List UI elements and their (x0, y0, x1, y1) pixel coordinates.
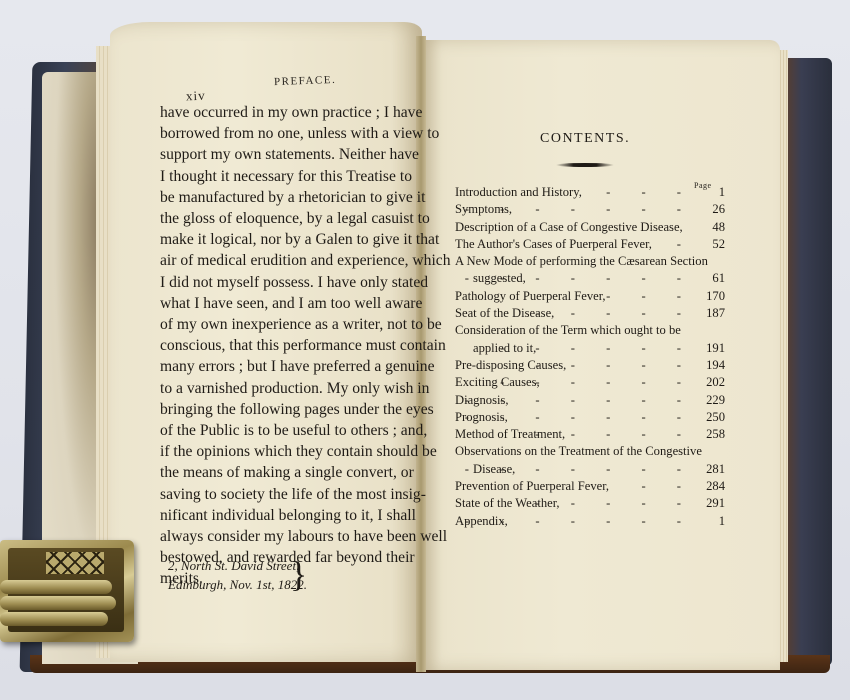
toc-entry: Seat of the Disease,- - - - -187 (455, 305, 725, 322)
toc-entry: Disease,- - - - - - -281 (455, 461, 725, 478)
toc-entry: suggested,- - - - - - -61 (455, 270, 725, 287)
preface-line: I did not myself possess. I have only st… (160, 272, 412, 293)
toc-entry: Pre-disposing Causes,- - - - -194 (455, 357, 725, 374)
contents-list: Introduction and History,- - -1 Symptoms… (455, 184, 725, 530)
preface-line: the gloss of eloquence, by a legal casui… (160, 208, 412, 229)
toc-entry: Diagnosis,- - - - - - -229 (455, 392, 725, 409)
preface-line: be manufactured by a rhetorician to give… (160, 187, 412, 208)
toc-entry: Appendix,- - - - - - -1 (455, 513, 725, 530)
preface-line: of the Public is to be useful to others … (160, 420, 412, 441)
preface-line: bringing the following pages under the e… (160, 399, 412, 420)
toc-entry: Observations on the Treatment of the Con… (455, 443, 725, 460)
preface-line: of my own inexperience as a writer, not … (160, 314, 412, 335)
toc-entry: Pathology of Puerperal Fever,- - -170 (455, 288, 725, 305)
signature-date: Edinburgh, Nov. 1st, 1822. (168, 575, 307, 594)
preface-line: to a varnished production. My only wish … (160, 378, 412, 399)
preface-line: the means of making a single convert, or (160, 462, 412, 483)
toc-entry: Consideration of the Term which ought to… (455, 322, 725, 339)
preface-line: have occurred in my own practice ; I hav… (160, 102, 412, 123)
preface-line: if the opinions which they contain shoul… (160, 441, 412, 462)
toc-entry: Prevention of Puerperal Fever,- -284 (455, 478, 725, 495)
brass-hand-clip-icon (0, 540, 134, 642)
preface-line: saving to society the life of the most i… (160, 484, 412, 505)
toc-entry: Description of a Case of Congestive Dise… (455, 219, 725, 236)
clip-finger (0, 612, 108, 626)
contents-title: CONTENTS. (540, 131, 630, 147)
preface-line: what I have seen, and I am too well awar… (160, 293, 412, 314)
preface-line: always consider my labours to have been … (160, 526, 412, 547)
clip-cuff-pattern (46, 552, 104, 574)
signature-address: 2, North St. David Street, (168, 556, 307, 575)
brace: } (290, 556, 307, 592)
toc-entry: Prognosis,- - - - - - -250 (455, 409, 725, 426)
ornament-rule-icon (556, 163, 614, 167)
running-head: PREFACE. (274, 74, 337, 88)
toc-entry: The Author's Cases of Puerperal Fever,-5… (455, 236, 725, 253)
toc-entry: A New Mode of performing the Cæsarean Se… (455, 253, 725, 270)
preface-line: many errors ; but I have preferred a gen… (160, 356, 412, 377)
toc-entry: Introduction and History,- - -1 (455, 184, 725, 201)
preface-text: have occurred in my own practice ; I hav… (160, 102, 412, 590)
preface-line: conscious, that this performance must co… (160, 335, 412, 356)
toc-entry: Exciting Causes,- - - - - -202 (455, 374, 725, 391)
toc-entry: State of the Weather,- - - - -291 (455, 495, 725, 512)
toc-entry: Symptoms,- - - - - - -26 (455, 201, 725, 218)
clip-finger (0, 580, 112, 594)
preface-line: make it logical, nor by a Galen to give … (160, 229, 412, 250)
preface-line: support my own statements. Neither have (160, 144, 412, 165)
preface-line: I thought it necessary for this Treatise… (160, 166, 412, 187)
clip-finger (0, 596, 116, 610)
toc-entry: Method of Treatment,- - - - -258 (455, 426, 725, 443)
signature-block: 2, North St. David Street, Edinburgh, No… (168, 556, 307, 594)
toc-entry: applied to it,- - - - - -191 (455, 340, 725, 357)
preface-line: nificant individual belonging to it, I s… (160, 505, 412, 526)
preface-line: borrowed from no one, unless with a view… (160, 123, 412, 144)
preface-line: air of medical erudition and experience,… (160, 250, 412, 271)
